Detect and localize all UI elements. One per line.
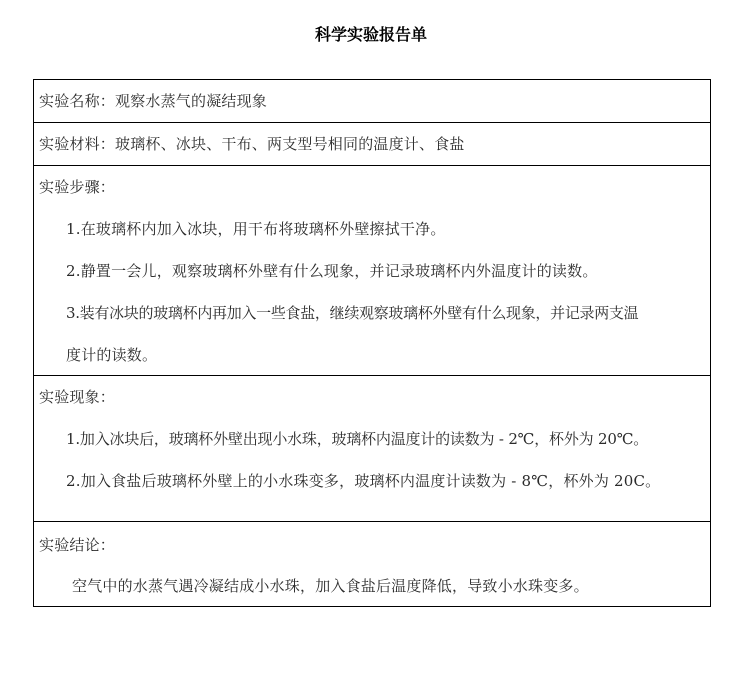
experiment-name: 实验名称：观察水蒸气的凝结现象	[39, 90, 267, 111]
phenomenon-item: 1.加入冰块后，玻璃杯外壁出现小水珠，玻璃杯内温度计的读数为 - 2℃，杯外为 …	[66, 428, 648, 449]
report-table: 实验名称：观察水蒸气的凝结现象 实验材料：玻璃杯、冰块、干布、两支型号相同的温度…	[33, 79, 711, 607]
steps-label: 实验步骤：	[39, 176, 115, 197]
document-title: 科学实验报告单	[0, 22, 742, 45]
row-experiment-conclusion: 实验结论： 空气中的水蒸气遇冷凝结成小水珠，加入食盐后温度降低，导致小水珠变多。	[34, 521, 710, 606]
row-experiment-materials: 实验材料：玻璃杯、冰块、干布、两支型号相同的温度计、食盐	[34, 122, 710, 165]
step-item-continued: 度计的读数。	[66, 344, 157, 365]
conclusion-text: 空气中的水蒸气遇冷凝结成小水珠，加入食盐后温度降低，导致小水珠变多。	[72, 575, 589, 596]
row-experiment-name: 实验名称：观察水蒸气的凝结现象	[34, 80, 710, 122]
phenomena-label: 实验现象：	[39, 386, 115, 407]
row-experiment-phenomena: 实验现象： 1.加入冰块后，玻璃杯外壁出现小水珠，玻璃杯内温度计的读数为 - 2…	[34, 375, 710, 521]
step-item: 3.装有冰块的玻璃杯内再加入一些食盐，继续观察玻璃杯外壁有什么现象，并记录两支温	[66, 302, 638, 323]
conclusion-label: 实验结论：	[39, 534, 115, 555]
step-item: 2.静置一会儿，观察玻璃杯外壁有什么现象，并记录玻璃杯内外温度计的读数。	[66, 260, 598, 281]
experiment-materials: 实验材料：玻璃杯、冰块、干布、两支型号相同的温度计、食盐	[39, 133, 465, 154]
phenomenon-item: 2.加入食盐后玻璃杯外壁上的小水珠变多，玻璃杯内温度计读数为 - 8℃，杯外为 …	[66, 470, 660, 491]
row-experiment-steps: 实验步骤： 1.在玻璃杯内加入冰块，用干布将玻璃杯外壁擦拭干净。 2.静置一会儿…	[34, 165, 710, 375]
step-item: 1.在玻璃杯内加入冰块，用干布将玻璃杯外壁擦拭干净。	[66, 218, 446, 239]
